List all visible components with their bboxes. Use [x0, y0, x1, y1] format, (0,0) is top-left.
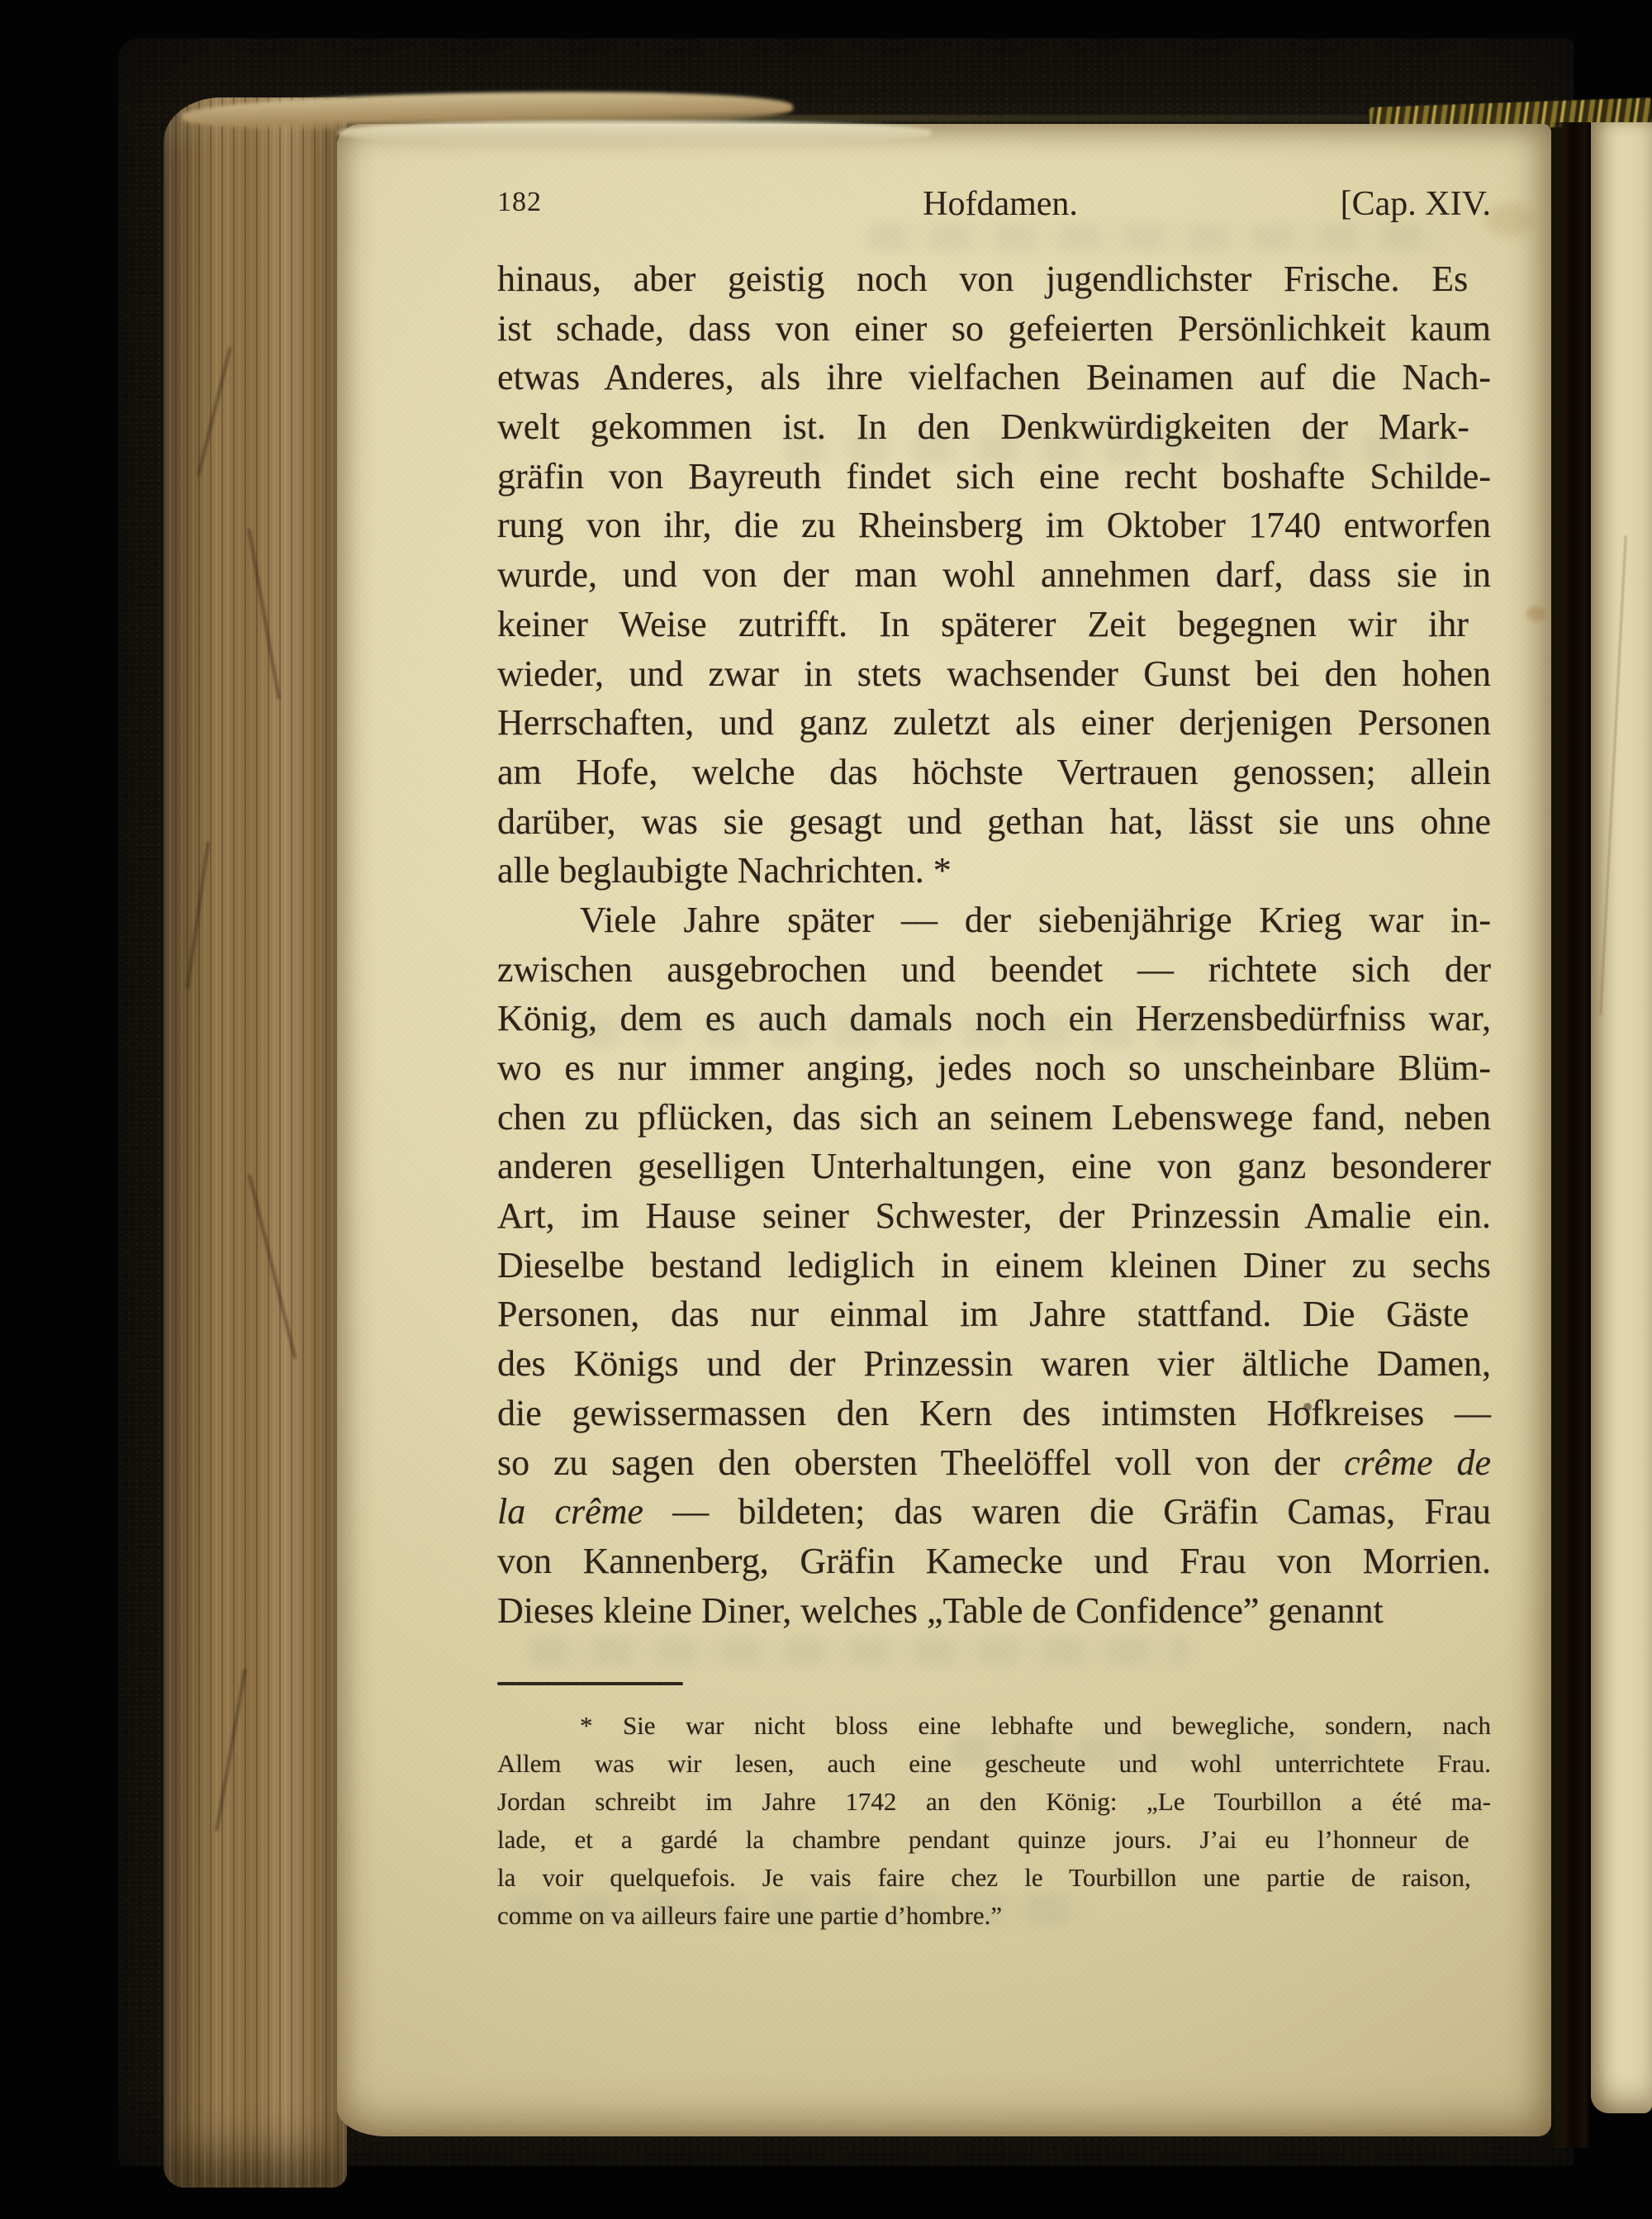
facing-page-edge [1591, 122, 1652, 2113]
body-line: die gewissermassen den Kern des intimste… [497, 1389, 1491, 1438]
body-line: König, dem es auch damals noch ein Herze… [497, 994, 1491, 1043]
footnote-line: Allem was wir lesen, auch eine gescheute… [497, 1745, 1491, 1783]
footnote-line: lade, et a gardé la chambre pendant quin… [497, 1821, 1491, 1859]
body-line: hinaus, aber geistig noch von jugendlich… [497, 254, 1491, 304]
book-page: 182 Hofdamen. [Cap. XIV. hinaus, aber ge… [337, 124, 1551, 2136]
body-line: chen zu pflücken, das sich an seinem Leb… [497, 1093, 1491, 1143]
body-line: wo es nur immer anging, jedes noch so un… [497, 1043, 1491, 1093]
body-line: Dieselbe bestand lediglich in einem klei… [497, 1241, 1491, 1290]
facing-page-crease [1600, 535, 1626, 1014]
page-number: 182 [497, 188, 542, 216]
page-text: 182 Hofdamen. [Cap. XIV. hinaus, aber ge… [337, 124, 1551, 2136]
running-title: Hofdamen. [923, 187, 1078, 221]
fore-edge-streaks [164, 97, 347, 2188]
body-line: zwischen ausgebrochen und beendet — rich… [497, 945, 1491, 995]
scanned-book-photo: 182 Hofdamen. [Cap. XIV. hinaus, aber ge… [0, 0, 1652, 2219]
body-line: von Kannenberg, Gräfin Kamecke und Frau … [497, 1537, 1491, 1586]
body-line: keiner Weise zutrifft. In späterer Zeit … [497, 600, 1491, 649]
footnote-line: la voir quelquefois. Je vais faire chez … [497, 1859, 1491, 1897]
body-line: rung von ihr, die zu Rheinsberg im Oktob… [497, 501, 1491, 550]
body-line: anderen geselligen Unterhaltungen, eine … [497, 1142, 1491, 1191]
body-line: alle beglaubigte Nachrichten. * [497, 846, 1491, 896]
page-stack-fore-edge [164, 97, 347, 2188]
footnote-text: * Sie war nicht bloss eine lebhafte und … [497, 1707, 1491, 1935]
body-line: Herrschaften, und ganz zuletzt als einer… [497, 698, 1491, 748]
page-header: 182 Hofdamen. [Cap. XIV. [497, 177, 1491, 216]
body-line: des Königs und der Prinzessin waren vier… [497, 1339, 1491, 1389]
gutter-shadow [1551, 122, 1591, 2148]
body-line: wieder, und zwar in stets wachsender Gun… [497, 649, 1491, 699]
footnote-line: comme on va ailleurs faire une partie d’… [497, 1897, 1491, 1935]
body-line: Dieses kleine Diner, welches „Table de C… [497, 1586, 1491, 1636]
body-line: darüber, was sie gesagt und gethan hat, … [497, 797, 1491, 847]
body-line: Art, im Hause seiner Schwester, der Prin… [497, 1191, 1491, 1241]
body-line: welt gekommen ist. In den Denkwürdigkeit… [497, 402, 1491, 452]
body-line: la crême — bildeten; das waren die Gräfi… [497, 1487, 1491, 1537]
chapter-label: [Cap. XIV. [1341, 187, 1491, 221]
body-line: am Hofe, welche das höchste Vertrauen ge… [497, 748, 1491, 797]
body-line: ist schade, dass von einer so gefeierten… [497, 304, 1491, 354]
footnote-line: Jordan schreibt im Jahre 1742 an den Kön… [497, 1783, 1491, 1821]
body-line: wurde, und von der man wohl annehmen dar… [497, 550, 1491, 600]
footnote-line: * Sie war nicht bloss eine lebhafte und … [497, 1707, 1491, 1745]
footnote-rule [497, 1682, 683, 1685]
body-line: gräfin von Bayreuth findet sich eine rec… [497, 452, 1491, 501]
body-line: Viele Jahre später — der siebenjährige K… [497, 896, 1491, 945]
body-text: hinaus, aber geistig noch von jugendlich… [497, 254, 1491, 1635]
body-line: etwas Anderes, als ihre vielfachen Beina… [497, 353, 1491, 402]
body-line: Personen, das nur einmal im Jahre stattf… [497, 1290, 1491, 1339]
body-line: so zu sagen den obersten Theelöffel voll… [497, 1438, 1491, 1488]
